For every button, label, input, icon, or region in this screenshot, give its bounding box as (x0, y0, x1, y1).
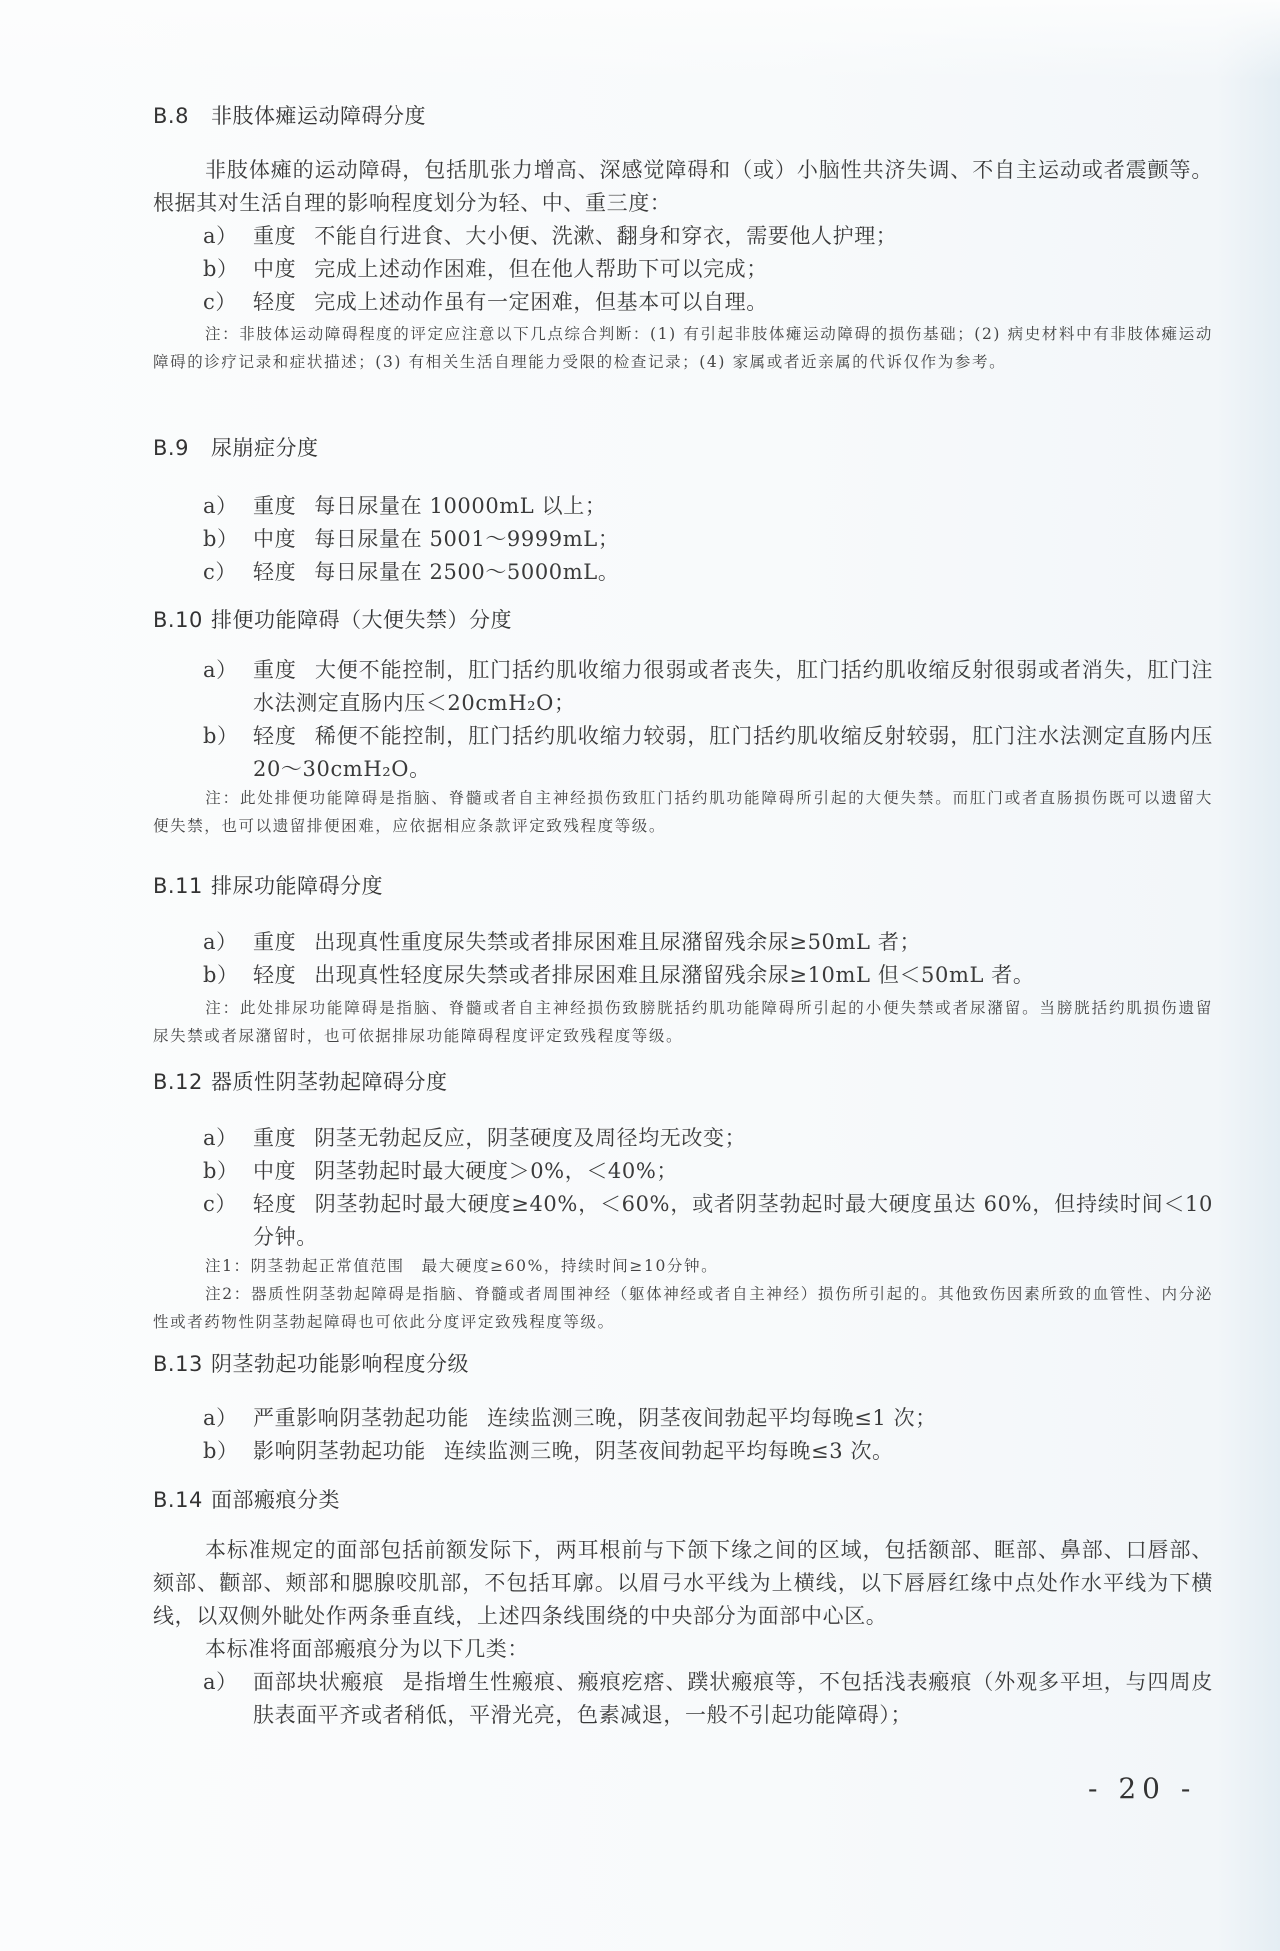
section-title: 尿崩症分度 (211, 436, 319, 460)
list-item: b） 影响阴茎勃起功能连续监测三晚，阴茎夜间勃起平均每晚≤3 次。 (203, 1435, 1213, 1468)
list-item: a） 重度阴茎无勃起反应，阴茎硬度及周径均无改变； (203, 1122, 1213, 1155)
item-degree: 中度 (253, 257, 296, 281)
item-label: a） (203, 1122, 243, 1155)
section-heading-b11: B.11排尿功能障碍分度 (153, 870, 383, 900)
item-label: b） (203, 720, 243, 753)
item-text: 不能自行进食、大小便、洗漱、翻身和穿衣，需要他人护理； (314, 224, 897, 248)
item-text: 完成上述动作困难，但在他人帮助下可以完成； (314, 257, 768, 281)
item-degree: 中度 (253, 527, 296, 551)
list-item: c） 轻度完成上述动作虽有一定困难，但基本可以自理。 (203, 286, 1213, 319)
section-title: 排便功能障碍（大便失禁）分度 (211, 608, 512, 632)
item-text: 阴茎无勃起反应，阴茎硬度及周径均无改变； (314, 1126, 746, 1150)
section-title: 器质性阴茎勃起障碍分度 (211, 1070, 448, 1094)
section-title: 阴茎勃起功能影响程度分级 (211, 1352, 469, 1376)
note-text: 注：此处排便功能障碍是指脑、脊髓或者自主神经损伤致肛门括约肌功能障碍所引起的大便… (153, 789, 1213, 835)
item-degree: 面部块状瘢痕 (253, 1670, 384, 1694)
list-item: b） 轻度稀便不能控制，肛门括约肌收缩力较弱，肛门括约肌收缩反射较弱，肛门注水法… (203, 720, 1213, 786)
section-note-2: 注2：器质性阴茎勃起障碍是指脑、脊髓或者周围神经（躯体神经或者自主神经）损伤所引… (153, 1280, 1213, 1336)
section-intro-2: 本标准将面部瘢痕分为以下几类： (153, 1633, 1213, 1666)
item-label: b） (203, 523, 243, 556)
item-degree: 轻度 (253, 560, 296, 584)
note-text: 注1：阴茎勃起正常值范围 最大硬度≥60%，持续时间≥10分钟。 (205, 1257, 718, 1275)
section-intro: 非肢体瘫的运动障碍，包括肌张力增高、深感觉障碍和（或）小脑性共济失调、不自主运动… (153, 154, 1213, 220)
item-degree: 轻度 (253, 1192, 297, 1216)
item-text: 稀便不能控制，肛门括约肌收缩力较弱，肛门括约肌收缩反射较弱，肛门注水法测定直肠内… (253, 724, 1213, 781)
page-number: - 20 - (1088, 1772, 1196, 1805)
document-page: B.8非肢体瘫运动障碍分度 非肢体瘫的运动障碍，包括肌张力增高、深感觉障碍和（或… (0, 0, 1280, 1951)
list-item: b） 中度每日尿量在 5001～9999mL； (203, 523, 1213, 556)
item-text: 每日尿量在 10000mL 以上； (314, 494, 606, 518)
list-item: c） 轻度阴茎勃起时最大硬度≥40%，＜60%，或者阴茎勃起时最大硬度虽达 60… (203, 1188, 1213, 1254)
section-number: B.12 (153, 1070, 211, 1094)
section-number: B.11 (153, 874, 211, 898)
note-text: 注：非肢体运动障碍程度的评定应注意以下几点综合判断：(1) 有引起非肢体瘫运动障… (153, 325, 1213, 371)
item-text: 阴茎勃起时最大硬度＞0%，＜40%； (314, 1159, 678, 1183)
item-degree: 重度 (253, 930, 296, 954)
section-number: B.13 (153, 1352, 211, 1376)
list-item: b） 中度阴茎勃起时最大硬度＞0%，＜40%； (203, 1155, 1213, 1188)
item-text: 每日尿量在 2500～5000mL。 (314, 560, 619, 584)
item-text: 阴茎勃起时最大硬度≥40%，＜60%，或者阴茎勃起时最大硬度虽达 60%，但持续… (253, 1192, 1213, 1249)
item-label: a） (203, 926, 243, 959)
section-heading-b8: B.8非肢体瘫运动障碍分度 (153, 100, 426, 130)
list-item: a） 重度大便不能控制，肛门括约肌收缩力很弱或者丧失，肛门括约肌收缩反射很弱或者… (203, 654, 1213, 720)
item-label: c） (203, 286, 243, 319)
section-number: B.9 (153, 436, 211, 460)
item-text: 大便不能控制，肛门括约肌收缩力很弱或者丧失，肛门括约肌收缩反射很弱或者消失，肛门… (253, 658, 1213, 715)
list-item: a） 面部块状瘢痕是指增生性瘢痕、瘢痕疙瘩、蹼状瘢痕等，不包括浅表瘢痕（外观多平… (203, 1666, 1213, 1732)
item-degree: 轻度 (253, 963, 296, 987)
item-degree: 重度 (253, 1126, 296, 1150)
list-item: b） 中度完成上述动作困难，但在他人帮助下可以完成； (203, 253, 1213, 286)
item-label: b） (203, 1155, 243, 1188)
section-number: B.14 (153, 1488, 211, 1512)
item-label: b） (203, 1435, 243, 1468)
section-note-1: 注1：阴茎勃起正常值范围 最大硬度≥60%，持续时间≥10分钟。 (153, 1252, 1213, 1280)
list-item: a） 严重影响阴茎勃起功能连续监测三晚，阴茎夜间勃起平均每晚≤1 次； (203, 1402, 1213, 1435)
item-label: a） (203, 220, 243, 253)
section-number: B.10 (153, 608, 211, 632)
section-note: 注：此处排便功能障碍是指脑、脊髓或者自主神经损伤致肛门括约肌功能障碍所引起的大便… (153, 784, 1213, 840)
section-intro: 本标准规定的面部包括前额发际下，两耳根前与下颌下缘之间的区域，包括额部、眶部、鼻… (153, 1534, 1213, 1633)
item-degree: 重度 (253, 224, 296, 248)
item-degree: 轻度 (253, 290, 296, 314)
section-heading-b9: B.9尿崩症分度 (153, 432, 319, 462)
item-label: a） (203, 1666, 243, 1699)
section-heading-b14: B.14面部瘢痕分类 (153, 1484, 340, 1514)
section-title: 排尿功能障碍分度 (211, 874, 383, 898)
item-text: 完成上述动作虽有一定困难，但基本可以自理。 (314, 290, 768, 314)
item-text: 出现真性轻度尿失禁或者排尿困难且尿潴留残余尿≥10mL 但＜50mL 者。 (314, 963, 1034, 987)
item-label: a） (203, 1402, 243, 1435)
item-text: 连续监测三晚，阴茎夜间勃起平均每晚≤3 次。 (444, 1439, 894, 1463)
item-text: 是指增生性瘢痕、瘢痕疙瘩、蹼状瘢痕等，不包括浅表瘢痕（外观多平坦，与四周皮肤表面… (253, 1670, 1213, 1727)
note-text: 注2：器质性阴茎勃起障碍是指脑、脊髓或者周围神经（躯体神经或者自主神经）损伤所引… (153, 1285, 1213, 1331)
item-degree: 中度 (253, 1159, 296, 1183)
section-number: B.8 (153, 104, 211, 128)
item-text: 每日尿量在 5001～9999mL； (314, 527, 619, 551)
item-degree: 严重影响阴茎勃起功能 (253, 1406, 469, 1430)
item-degree: 轻度 (253, 724, 297, 748)
item-label: c） (203, 1188, 243, 1221)
section-heading-b10: B.10排便功能障碍（大便失禁）分度 (153, 604, 512, 634)
item-text: 出现真性重度尿失禁或者排尿困难且尿潴留残余尿≥50mL 者； (314, 930, 921, 954)
item-label: a） (203, 490, 243, 523)
section-heading-b12: B.12器质性阴茎勃起障碍分度 (153, 1066, 448, 1096)
item-label: b） (203, 959, 243, 992)
item-text: 连续监测三晚，阴茎夜间勃起平均每晚≤1 次； (487, 1406, 937, 1430)
section-title: 面部瘢痕分类 (211, 1488, 340, 1512)
item-degree: 重度 (253, 658, 297, 682)
note-text: 注：此处排尿功能障碍是指脑、脊髓或者自主神经损伤致膀胱括约肌功能障碍所引起的小便… (153, 999, 1213, 1045)
item-label: b） (203, 253, 243, 286)
list-item: a） 重度不能自行进食、大小便、洗漱、翻身和穿衣，需要他人护理； (203, 220, 1213, 253)
section-heading-b13: B.13阴茎勃起功能影响程度分级 (153, 1348, 469, 1378)
list-item: c） 轻度每日尿量在 2500～5000mL。 (203, 556, 1213, 589)
list-item: a） 重度出现真性重度尿失禁或者排尿困难且尿潴留残余尿≥50mL 者； (203, 926, 1213, 959)
item-degree: 影响阴茎勃起功能 (253, 1439, 426, 1463)
section-note: 注：非肢体运动障碍程度的评定应注意以下几点综合判断：(1) 有引起非肢体瘫运动障… (153, 320, 1213, 376)
item-degree: 重度 (253, 494, 296, 518)
section-note: 注：此处排尿功能障碍是指脑、脊髓或者自主神经损伤致膀胱括约肌功能障碍所引起的小便… (153, 994, 1213, 1050)
section-title: 非肢体瘫运动障碍分度 (211, 104, 426, 128)
list-item: b） 轻度出现真性轻度尿失禁或者排尿困难且尿潴留残余尿≥10mL 但＜50mL … (203, 959, 1213, 992)
list-item: a） 重度每日尿量在 10000mL 以上； (203, 490, 1213, 523)
item-label: c） (203, 556, 243, 589)
item-label: a） (203, 654, 243, 687)
